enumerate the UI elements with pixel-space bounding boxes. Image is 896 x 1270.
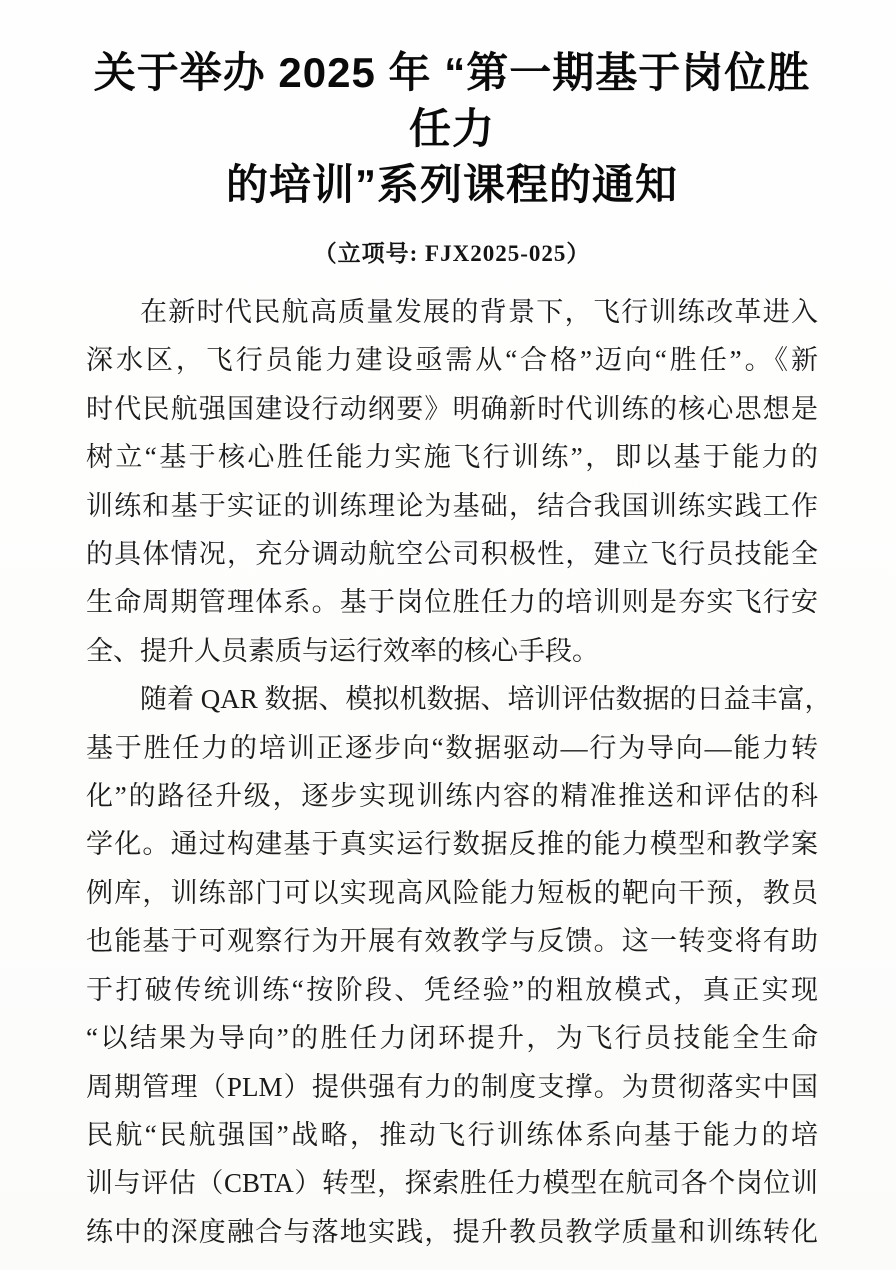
text-line: 在新时代民航高质量发展的背景下，飞行训练改革进入 [86, 288, 818, 336]
text-line: 基于胜任力的培训正逐步向“数据驱动—行为导向—能力转 [86, 724, 818, 772]
text-line: 练中的深度融合与落地实践，提升教员教学质量和训练转化 [86, 1208, 818, 1256]
document-body: 在新时代民航高质量发展的背景下，飞行训练改革进入深水区，飞行员能力建设亟需从“合… [86, 288, 818, 1256]
text-line: 于打破传统训练“按阶段、凭经验”的粗放模式，真正实现 [86, 966, 818, 1014]
text-line: 训练和基于实证的训练理论为基础，结合我国训练实践工作 [86, 482, 818, 530]
title-line-1: 关于举办 2025 年 “第一期基于岗位胜任力 [86, 45, 818, 157]
text-line: 的具体情况，充分调动航空公司积极性，建立飞行员技能全 [86, 530, 818, 578]
text-line: 生命周期管理体系。基于岗位胜任力的培训则是夯实飞行安 [86, 578, 818, 626]
text-line: 深水区，飞行员能力建设亟需从“合格”迈向“胜任”。《新 [86, 336, 818, 384]
text-line: 民航“民航强国”战略，推动飞行训练体系向基于能力的培 [86, 1111, 818, 1159]
text-line: 全、提升人员素质与运行效率的核心手段。 [86, 627, 818, 675]
document-title: 关于举办 2025 年 “第一期基于岗位胜任力 的培训”系列课程的通知 [86, 45, 818, 213]
text-line: 化”的路径升级，逐步实现训练内容的精准推送和评估的科 [86, 772, 818, 820]
text-line: 训与评估（CBTA）转型，探索胜任力模型在航司各个岗位训 [86, 1159, 818, 1207]
text-line: 学化。通过构建基于真实运行数据反推的能力模型和教学案 [86, 820, 818, 868]
text-line: 例库，训练部门可以实现高风险能力短板的靶向干预，教员 [86, 869, 818, 917]
text-line: 随着 QAR 数据、模拟机数据、培训评估数据的日益丰富， [86, 675, 818, 723]
notice-document: 关于举办 2025 年 “第一期基于岗位胜任力 的培训”系列课程的通知 （立项号… [0, 0, 896, 1270]
text-line: 周期管理（PLM）提供强有力的制度支撑。为贯彻落实中国 [86, 1063, 818, 1111]
text-line: 树立“基于核心胜任能力实施飞行训练”，即以基于能力的 [86, 433, 818, 481]
text-line: 时代民航强国建设行动纲要》明确新时代训练的核心思想是 [86, 385, 818, 433]
project-number: （立项号: FJX2025-025） [86, 237, 818, 271]
text-line: “以结果为导向”的胜任力闭环提升，为飞行员技能全生命 [86, 1014, 818, 1062]
title-line-2: 的培训”系列课程的通知 [86, 157, 818, 213]
text-line: 也能基于可观察行为开展有效教学与反馈。这一转变将有助 [86, 917, 818, 965]
